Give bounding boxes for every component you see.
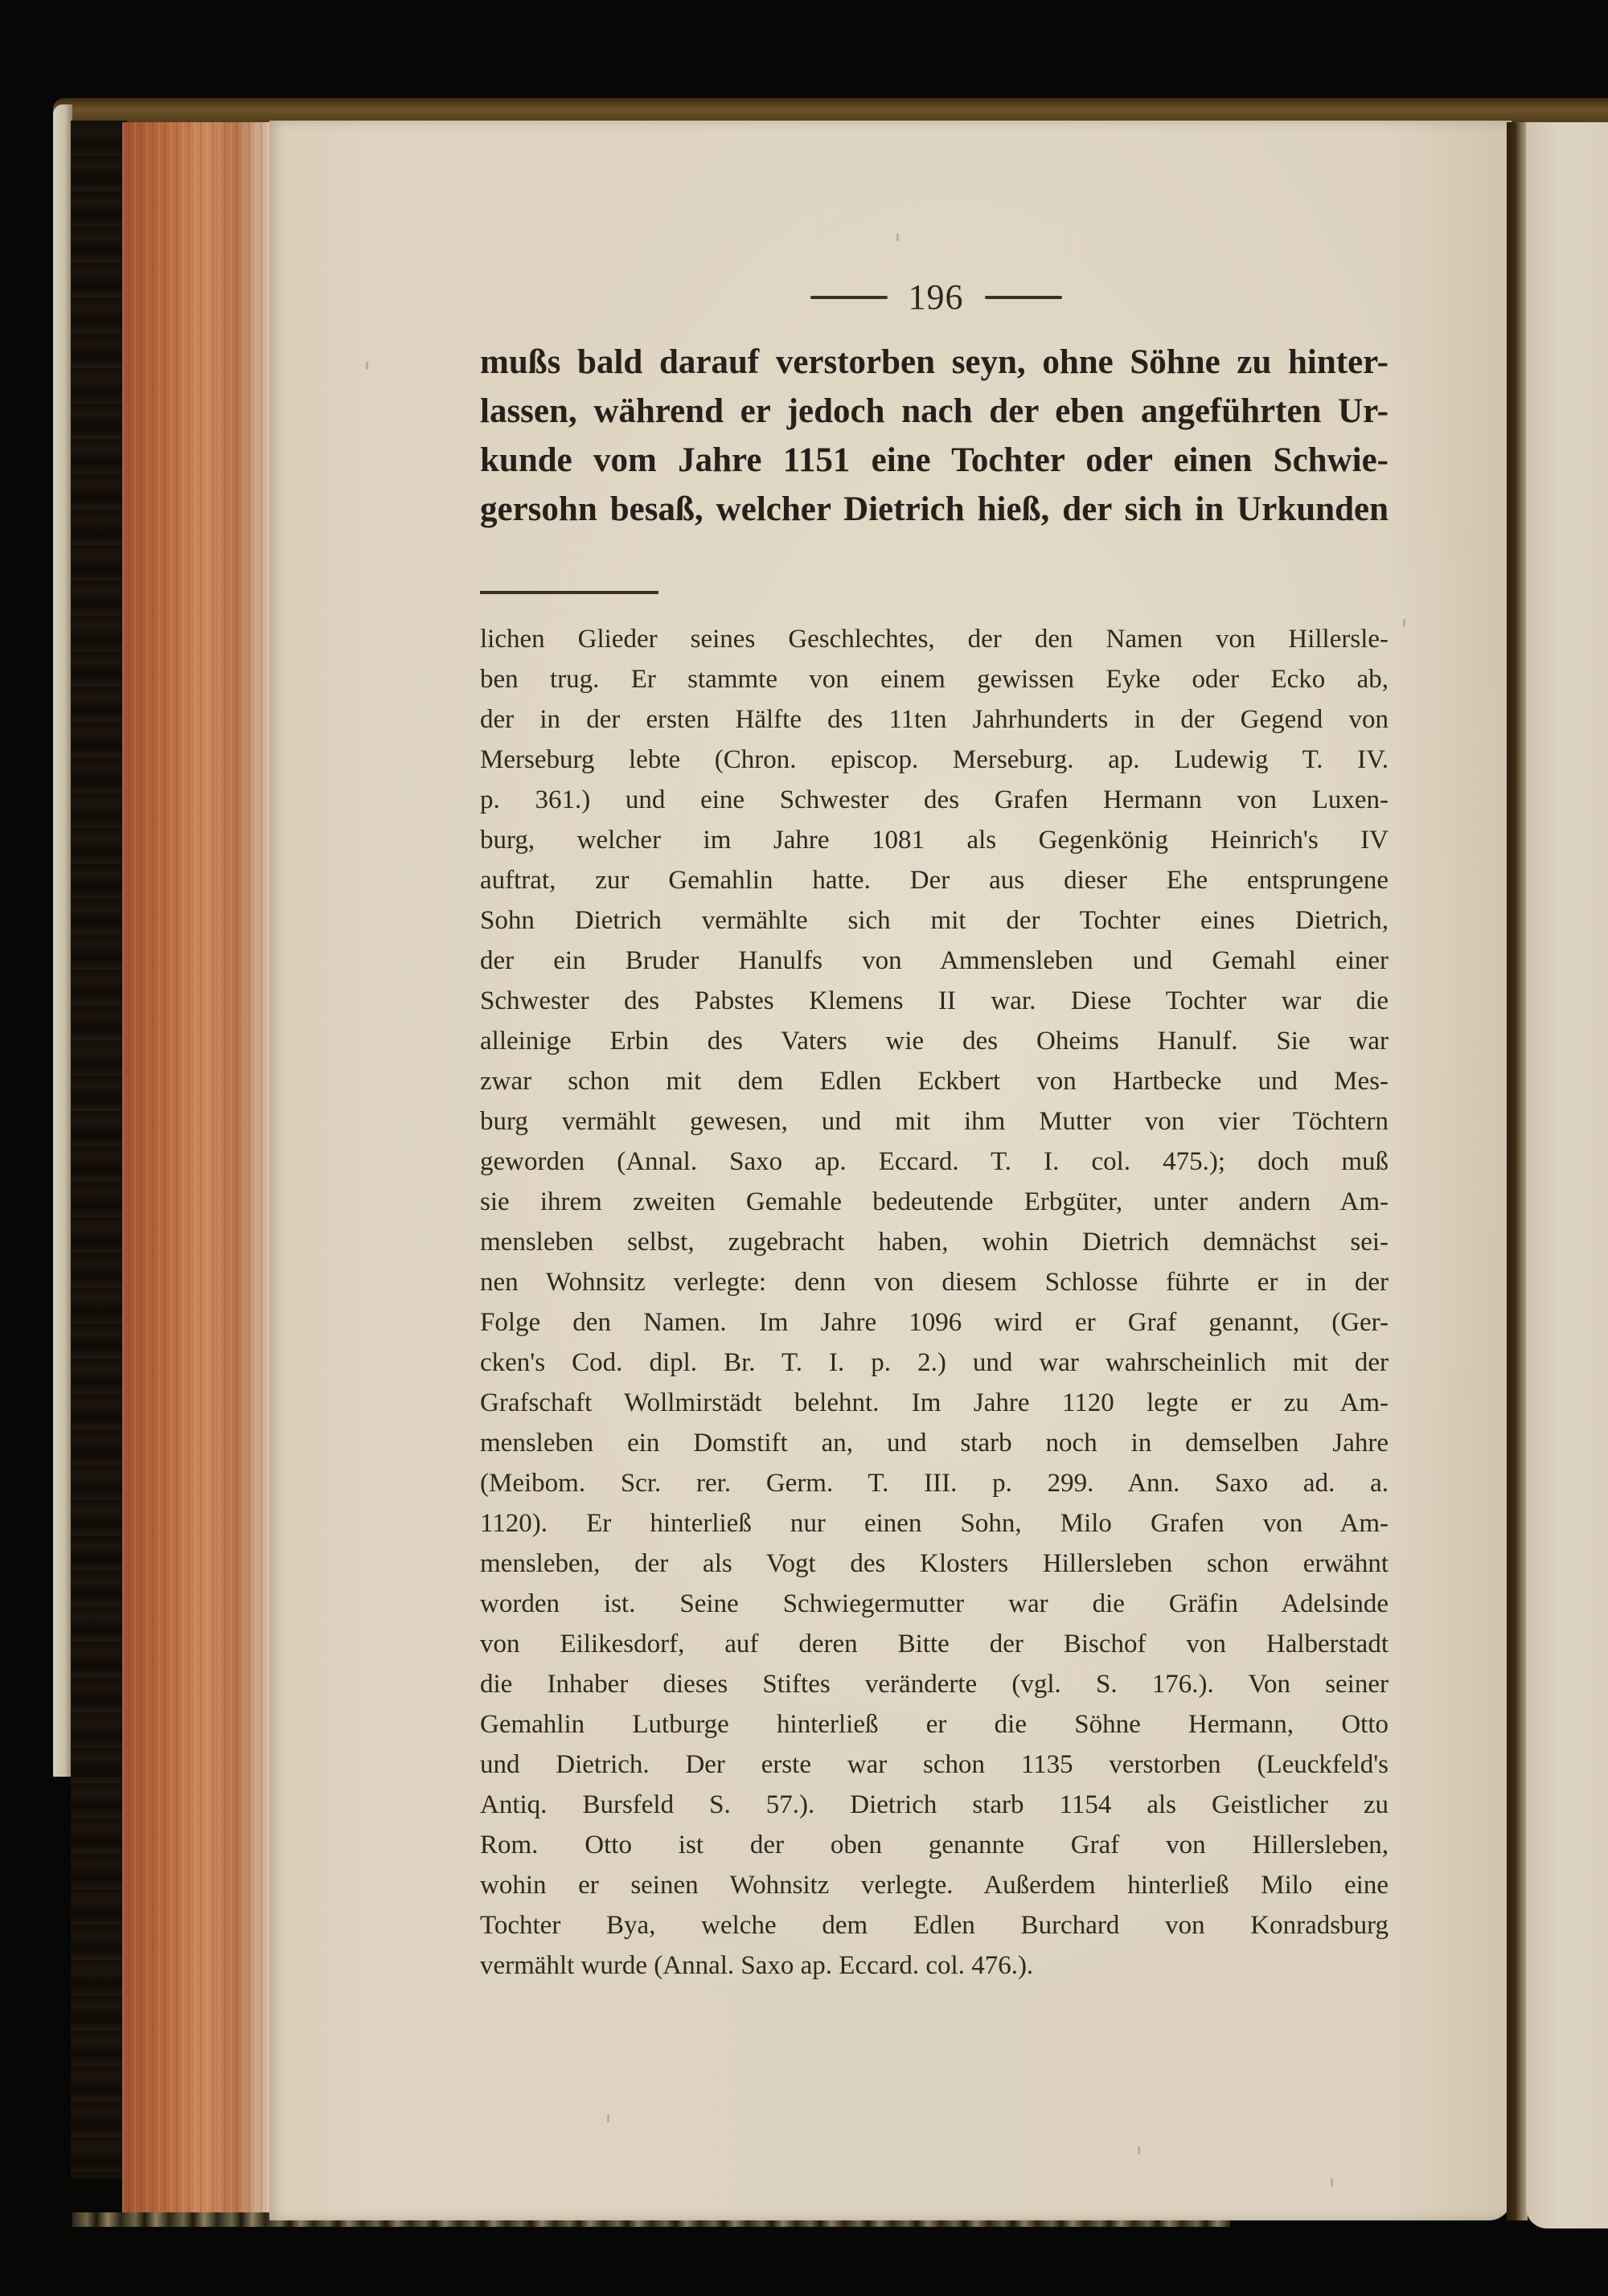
footnote-line: Antiq. Bursfeld S. 57.). Dietrich starb … bbox=[480, 1785, 1389, 1825]
footnote-line: ben trug. Er stammte von einem gewissen … bbox=[480, 659, 1389, 699]
paper-speck bbox=[366, 362, 368, 370]
page-number-dash-right bbox=[985, 296, 1062, 299]
footnote-line: lichen Glieder seines Geschlechtes, der … bbox=[480, 619, 1389, 659]
book-spine-leather bbox=[71, 121, 127, 2179]
paper-speck bbox=[607, 2114, 609, 2122]
footnote-line: mensleben, der als Vogt des Klosters Hil… bbox=[480, 1544, 1389, 1584]
footnote-line: alleinige Erbin des Vaters wie des Oheim… bbox=[480, 1021, 1389, 1061]
footnote-line: vermählt wurde (Annal. Saxo ap. Eccard. … bbox=[480, 1945, 1389, 1986]
book-cover-board-edge bbox=[53, 105, 72, 1777]
footnote-line: der ein Bruder Hanulfs von Ammensleben u… bbox=[480, 941, 1389, 981]
footnote-line: wohin er seinen Wohnsitz verlegte. Außer… bbox=[480, 1865, 1389, 1905]
main-text: mußs bald darauf verstorben seyn, ohne S… bbox=[480, 338, 1389, 534]
footnote-line: 1120). Er hinterließ nur einen Sohn, Mil… bbox=[480, 1503, 1389, 1544]
main-text-line: lassen, während er jedoch nach der eben … bbox=[480, 387, 1389, 436]
main-text-line: gersohn besaß, welcher Dietrich hieß, de… bbox=[480, 485, 1389, 534]
footnote-line: sie ihrem zweiten Gemahle bedeutende Erb… bbox=[480, 1182, 1389, 1222]
paper-speck bbox=[1403, 619, 1405, 627]
main-text-line: mußs bald darauf verstorben seyn, ohne S… bbox=[480, 338, 1389, 387]
footnote-line: Grafschaft Wollmirstädt belehnt. Im Jahr… bbox=[480, 1383, 1389, 1423]
book-scan: 196 mußs bald darauf verstorben seyn, oh… bbox=[0, 0, 1608, 2296]
footnote-line: von Eilikesdorf, auf deren Bitte der Bis… bbox=[480, 1624, 1389, 1664]
footnote-line: p. 361.) und eine Schwester des Grafen H… bbox=[480, 780, 1389, 820]
page-block-red-edges bbox=[122, 122, 273, 2224]
footnote-line: Merseburg lebte (Chron. episcop. Mersebu… bbox=[480, 740, 1389, 780]
footnote-line: geworden (Annal. Saxo ap. Eccard. T. I. … bbox=[480, 1142, 1389, 1182]
paper-speck bbox=[1138, 2146, 1140, 2155]
footnote-line: die Inhaber dieses Stiftes veränderte (v… bbox=[480, 1664, 1389, 1704]
main-text-line: kunde vom Jahre 1151 eine Tochter oder e… bbox=[480, 436, 1389, 485]
footnote-separator-rule bbox=[480, 591, 658, 594]
footnote-line: Gemahlin Lutburge hinterließ er die Söhn… bbox=[480, 1704, 1389, 1745]
footnote-line: mensleben selbst, zugebracht haben, wohi… bbox=[480, 1222, 1389, 1262]
page-number: 196 bbox=[909, 280, 964, 315]
footnote-line: der in der ersten Hälfte des 11ten Jahrh… bbox=[480, 699, 1389, 740]
running-head: 196 bbox=[791, 277, 1081, 318]
footnote-line: Sohn Dietrich vermählte sich mit der Toc… bbox=[480, 900, 1389, 941]
footnote-line: zwar schon mit dem Edlen Eckbert von Har… bbox=[480, 1061, 1389, 1101]
footnote-line: auftrat, zur Gemahlin hatte. Der aus die… bbox=[480, 860, 1389, 900]
footnote-line: Rom. Otto ist der oben genannte Graf von… bbox=[480, 1825, 1389, 1865]
page-gutter bbox=[1507, 122, 1528, 2220]
footnote-line: mensleben ein Domstift an, und starb noc… bbox=[480, 1423, 1389, 1463]
paper-speck bbox=[896, 233, 899, 241]
page-number-dash-left bbox=[810, 296, 888, 299]
footnote-line: burg, welcher im Jahre 1081 als Gegenkön… bbox=[480, 820, 1389, 860]
footnote-line: und Dietrich. Der erste war schon 1135 v… bbox=[480, 1745, 1389, 1785]
footnote-line: (Meibom. Scr. rer. Germ. T. III. p. 299.… bbox=[480, 1463, 1389, 1503]
footnote-line: Folge den Namen. Im Jahre 1096 wird er G… bbox=[480, 1302, 1389, 1343]
footnote-text: lichen Glieder seines Geschlechtes, der … bbox=[480, 619, 1389, 1986]
footnote-line: burg vermählt gewesen, und mit ihm Mutte… bbox=[480, 1101, 1389, 1142]
footnote-line: cken's Cod. dipl. Br. T. I. p. 2.) und w… bbox=[480, 1343, 1389, 1383]
footnote-line: worden ist. Seine Schwiegermutter war di… bbox=[480, 1584, 1389, 1624]
right-facing-page-edge bbox=[1526, 122, 1608, 2228]
footnote-line: Schwester des Pabstes Klemens II war. Di… bbox=[480, 981, 1389, 1021]
footnote-line: Tochter Bya, welche dem Edlen Burchard v… bbox=[480, 1905, 1389, 1945]
paper-speck bbox=[1331, 2179, 1333, 2187]
footnote-line: nen Wohnsitz verlegte: denn von diesem S… bbox=[480, 1262, 1389, 1302]
